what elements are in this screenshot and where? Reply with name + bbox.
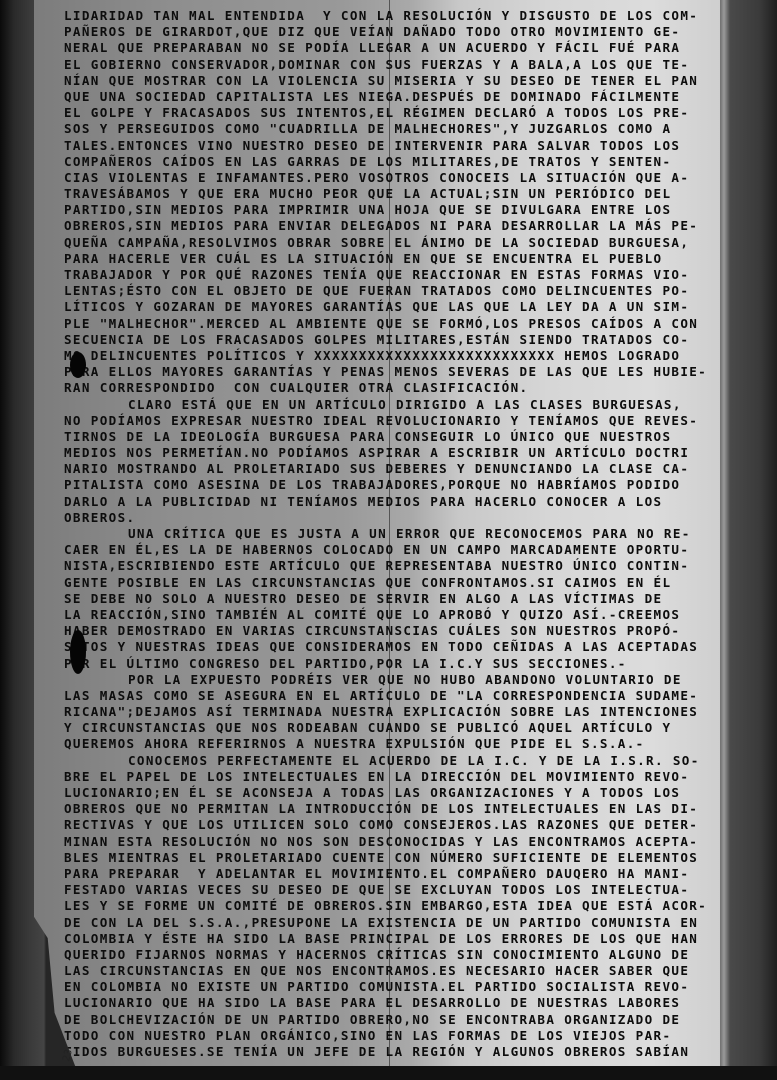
ink-blot bbox=[70, 352, 86, 378]
text-line: LÍTICOS Y GOZARAN DE MAYORES GARANTÍAS Q… bbox=[64, 299, 714, 315]
text-line: TIDOS BURGUESES.SE TENÍA UN JEFE DE LA R… bbox=[64, 1044, 714, 1060]
text-line: OBREROS,SIN MEDIOS PARA ENVIAR DELEGADOS… bbox=[64, 218, 714, 234]
text-line: LUCIONARIO QUE HA SIDO LA BASE PARA EL D… bbox=[64, 995, 714, 1011]
text-line: QUERIDO FIJARNOS NORMAS Y HACERNOS CRÍTI… bbox=[64, 947, 714, 963]
scan-bottom-edge bbox=[0, 1066, 777, 1080]
text-line: TODO CON NUESTRO PLAN ORGÁNICO,SINO EN L… bbox=[64, 1028, 714, 1044]
text-line: PARA HACERLE VER CUÁL ES LA SITUACIÓN EN… bbox=[64, 251, 714, 267]
document-body: LIDARIDAD TAN MAL ENTENDIDA Y CON LA RES… bbox=[64, 8, 714, 1060]
text-line: UNA CRÍTICA QUE ES JUSTA A UN ERROR QUE … bbox=[64, 526, 714, 542]
text-line: RAN CORRESPONDIDO CON CUALQUIER OTRA CLA… bbox=[64, 380, 714, 396]
text-line: SOS Y PERSEGUIDOS COMO "CUADRILLA DE MAL… bbox=[64, 121, 714, 137]
text-line: PARA PREPARAR Y ADELANTAR EL MOVIMIENTO.… bbox=[64, 866, 714, 882]
text-line: LES Y SE FORME UN COMITÉ DE OBREROS.SIN … bbox=[64, 898, 714, 914]
text-line: LAS CIRCUNSTANCIAS EN QUE NOS ENCONTRAMO… bbox=[64, 963, 714, 979]
typewritten-page: LIDARIDAD TAN MAL ENTENDIDA Y CON LA RES… bbox=[34, 0, 720, 1066]
text-line: TRABAJADOR Y POR QUÉ RAZONES TENÍA QUE R… bbox=[64, 267, 714, 283]
text-line: FESTADO VARIAS VECES SU DESEO DE QUE SE … bbox=[64, 882, 714, 898]
text-line: PITALISTA COMO ASESINA DE LOS TRABAJADOR… bbox=[64, 477, 714, 493]
text-line: MEDIOS NOS PERMETÍAN.NO PODÍAMOS ASPIRAR… bbox=[64, 445, 714, 461]
text-line: PAÑEROS DE GIRARDOT,QUE DIZ QUE VEÍAN DA… bbox=[64, 24, 714, 40]
text-line: SITOS Y NUESTRAS IDEAS QUE CONSIDERAMOS … bbox=[64, 639, 714, 655]
text-line: DE CON LA DEL S.S.A.,PRESUPONE LA EXISTE… bbox=[64, 915, 714, 931]
text-line: COMPAÑEROS CAÍDOS EN LAS GARRAS DE LOS M… bbox=[64, 154, 714, 170]
text-line: POR EL ÚLTIMO CONGRESO DEL PARTIDO,POR L… bbox=[64, 656, 714, 672]
text-line: DARLO A LA PUBLICIDAD NI TENÍAMOS MEDIOS… bbox=[64, 494, 714, 510]
text-line: NO PODÍAMOS EXPRESAR NUESTRO IDEAL REVOL… bbox=[64, 413, 714, 429]
text-line: SECUENCIA DE LOS FRACASADOS GOLPES MILIT… bbox=[64, 332, 714, 348]
text-line: DE BOLCHEVIZACIÓN DE UN PARTIDO OBRERO,N… bbox=[64, 1012, 714, 1028]
text-line: RICANA";DEJAMOS ASÍ TERMINADA NUESTRA EX… bbox=[64, 704, 714, 720]
text-line: BLES MIENTRAS EL PROLETARIADO CUENTE CON… bbox=[64, 850, 714, 866]
text-line: EN COLOMBIA NO EXISTE UN PARTIDO COMUNIS… bbox=[64, 979, 714, 995]
text-line: LIDARIDAD TAN MAL ENTENDIDA Y CON LA RES… bbox=[64, 8, 714, 24]
text-line: CLARO ESTÁ QUE EN UN ARTÍCULO DIRIGIDO A… bbox=[64, 397, 714, 413]
text-line: EL GOLPE Y FRACASADOS SUS INTENTOS,EL RÉ… bbox=[64, 105, 714, 121]
text-line: SE DEBE NO SOLO A NUESTRO DESEO DE SERVI… bbox=[64, 591, 714, 607]
text-line: PLE "MALHECHOR".MERCED AL AMBIENTE QUE S… bbox=[64, 316, 714, 332]
text-line: LENTAS;ÉSTO CON EL OBJETO DE QUE FUERAN … bbox=[64, 283, 714, 299]
text-line: MINAN ESTA RESOLUCIÓN NO NOS SON DESCONO… bbox=[64, 834, 714, 850]
text-line: QUEREMOS AHORA REFERIRNOS A NUESTRA EXPU… bbox=[64, 736, 714, 752]
text-line: NÍAN QUE MOSTRAR CON LA VIOLENCIA SU MIS… bbox=[64, 73, 714, 89]
text-line: TALES.ENTONCES VINO NUESTRO DESEO DE INT… bbox=[64, 138, 714, 154]
text-line: COLOMBIA Y ÉSTE HA SIDO LA BASE PRINCIPA… bbox=[64, 931, 714, 947]
text-line: LA REACCIÓN,SINO TAMBIÉN AL COMITÉ QUE L… bbox=[64, 607, 714, 623]
text-line: HABER DEMOSTRADO EN VARIAS CIRCUNSTANSCI… bbox=[64, 623, 714, 639]
text-line: BRE EL PAPEL DE LOS INTELECTUALES EN LA … bbox=[64, 769, 714, 785]
text-line: TIRNOS DE LA IDEOLOGÍA BURGUESA PARA CON… bbox=[64, 429, 714, 445]
text-line: LAS MASAS COMO SE ASEGURA EN EL ARTÍCULO… bbox=[64, 688, 714, 704]
text-line: MO DELINCUENTES POLÍTICOS Y XXXXXXXXXXXX… bbox=[64, 348, 714, 364]
text-line: LUCIONARIO;EN ÉL SE ACONSEJA A TODAS LAS… bbox=[64, 785, 714, 801]
text-line: RECTIVAS Y QUE LOS UTILICEN SOLO COMO CO… bbox=[64, 817, 714, 833]
text-line: NERAL QUE PREPARABAN NO SE PODÍA LLEGAR … bbox=[64, 40, 714, 56]
text-line: POR LA EXPUESTO PODRÉIS VER QUE NO HUBO … bbox=[64, 672, 714, 688]
scan-edge-frame bbox=[720, 0, 777, 1080]
text-line: NARIO MOSTRANDO AL PROLETARIADO SUS DEBE… bbox=[64, 461, 714, 477]
text-line: GENTE POSIBLE EN LAS CIRCUNSTANCIAS QUE … bbox=[64, 575, 714, 591]
text-line: CAER EN ÉL,ES LA DE HABERNOS COLOCADO EN… bbox=[64, 542, 714, 558]
text-line: TRAVESÁBAMOS Y QUE ERA MUCHO PEOR QUE LA… bbox=[64, 186, 714, 202]
text-line: QUEÑA CAMPAÑA,RESOLVIMOS OBRAR SOBRE EL … bbox=[64, 235, 714, 251]
text-line: CONOCEMOS PERFECTAMENTE EL ACUERDO DE LA… bbox=[64, 753, 714, 769]
text-line: NISTA,ESCRIBIENDO ESTE ARTÍCULO QUE REPR… bbox=[64, 558, 714, 574]
text-line: QUE UNA SOCIEDAD CAPITALISTA LES NIEGA.D… bbox=[64, 89, 714, 105]
text-line: PARTIDO,SIN MEDIOS PARA IMPRIMIR UNA HOJ… bbox=[64, 202, 714, 218]
ink-blot bbox=[70, 630, 86, 674]
text-line: Y CIRCUNSTANCIAS QUE NOS RODEABAN CUANDO… bbox=[64, 720, 714, 736]
text-line: EL GOBIERNO CONSERVADOR,DOMINAR CON SUS … bbox=[64, 57, 714, 73]
text-line: OBREROS. bbox=[64, 510, 714, 526]
text-line: OBREROS QUE NO PERMITAN LA INTRODUCCIÓN … bbox=[64, 801, 714, 817]
text-line: PARA ELLOS MAYORES GARANTÍAS Y PENAS MEN… bbox=[64, 364, 714, 380]
text-line: CIAS VIOLENTAS E INFAMANTES.PERO VOSOTRO… bbox=[64, 170, 714, 186]
